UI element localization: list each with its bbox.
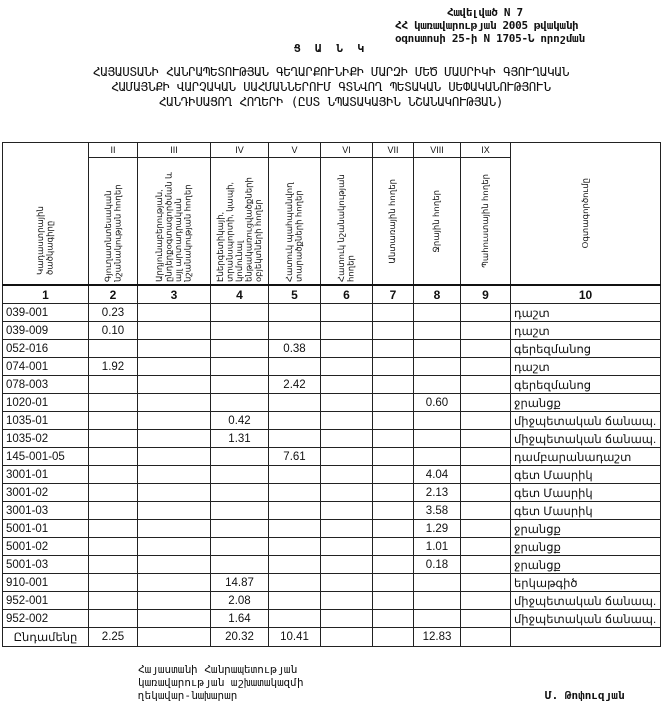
column-number: 6: [321, 285, 373, 304]
signatory-title: Հայաստանի Հանրապետության կառավարության ա…: [138, 663, 304, 702]
cell-industrial: [138, 520, 211, 538]
cell-water: 0.60: [414, 394, 461, 412]
cell-reserve: [461, 430, 511, 448]
cell-cadastral-code: 5001-01: [3, 520, 89, 538]
cell-reserve: [461, 592, 511, 610]
cell-industrial: [138, 556, 211, 574]
cell-special: [321, 538, 373, 556]
column-number: 4: [211, 285, 269, 304]
cell-special: [321, 376, 373, 394]
signatory-line-3: ղեկավար-նախարար: [138, 689, 304, 702]
cell-protected: [269, 592, 321, 610]
cell-industrial: [138, 574, 211, 592]
cell-special: [321, 610, 373, 628]
cell-protected: [269, 412, 321, 430]
cell-water: [414, 322, 461, 340]
cell-usage: միջպետական ճանապ.: [511, 610, 661, 628]
cell-usage: գետ Մասրիկ: [511, 502, 661, 520]
column-number: 10: [511, 285, 661, 304]
cell-industrial: [138, 304, 211, 322]
cell-water: [414, 610, 461, 628]
column-header-water: Ջրային հողեր: [414, 158, 461, 286]
cell-energy-transport: [211, 394, 269, 412]
cell-protected: [269, 304, 321, 322]
cell-usage: ջրանցք: [511, 556, 661, 574]
cell-energy-transport: 2.08: [211, 592, 269, 610]
cell-water: [414, 376, 461, 394]
cell-agricultural: [89, 520, 138, 538]
cell-industrial: [138, 592, 211, 610]
cell-energy-transport: [211, 322, 269, 340]
table-row: 1020-010.60ջրանցք: [3, 394, 661, 412]
cell-agricultural: [89, 466, 138, 484]
cell-forest: [373, 484, 414, 502]
cell-usage: երկաթգիծ: [511, 574, 661, 592]
cell-industrial: [138, 466, 211, 484]
table-row: 1035-021.31միջպետական ճանապ.: [3, 430, 661, 448]
cell-forest: [373, 412, 414, 430]
cell-cadastral-code: 074-001: [3, 358, 89, 376]
cell-cadastral-code: 5001-03: [3, 556, 89, 574]
cell-water: [414, 358, 461, 376]
column-number: 3: [138, 285, 211, 304]
cell-cadastral-code: 3001-02: [3, 484, 89, 502]
cell-reserve: [461, 520, 511, 538]
cell-cadastral-code: 952-001: [3, 592, 89, 610]
cell-agricultural: [89, 430, 138, 448]
cell-water: [414, 304, 461, 322]
cell-industrial: [138, 376, 211, 394]
total-special: [321, 628, 373, 647]
cell-agricultural: [89, 376, 138, 394]
cell-cadastral-code: 3001-01: [3, 466, 89, 484]
cell-reserve: [461, 538, 511, 556]
cell-industrial: [138, 412, 211, 430]
cell-energy-transport: 14.87: [211, 574, 269, 592]
cell-protected: [269, 484, 321, 502]
signatory-name: Մ. Թոփուզյան: [545, 689, 624, 702]
cell-usage: դաշտ: [511, 304, 661, 322]
cell-forest: [373, 394, 414, 412]
cell-usage: ջրանցք: [511, 394, 661, 412]
cell-industrial: [138, 448, 211, 466]
table-row: 5001-030.18ջրանցք: [3, 556, 661, 574]
cell-special: [321, 466, 373, 484]
table-row: 3001-022.13գետ Մասրիկ: [3, 484, 661, 502]
total-water: 12.83: [414, 628, 461, 647]
cell-cadastral-code: 1035-01: [3, 412, 89, 430]
cell-usage: գետ Մասրիկ: [511, 466, 661, 484]
cell-cadastral-code: 078-003: [3, 376, 89, 394]
table-row: 5001-011.29ջրանցք: [3, 520, 661, 538]
cell-forest: [373, 358, 414, 376]
total-reserve: [461, 628, 511, 647]
cell-protected: 2.42: [269, 376, 321, 394]
roman-header: IV: [211, 143, 269, 158]
column-number: 7: [373, 285, 414, 304]
cell-special: [321, 394, 373, 412]
cell-forest: [373, 448, 414, 466]
cell-energy-transport: [211, 502, 269, 520]
column-number: 5: [269, 285, 321, 304]
land-table: Կադաստրային ծածկագիրը II III IV V VI VII…: [2, 142, 661, 647]
cell-energy-transport: 1.31: [211, 430, 269, 448]
total-energy-transport: 20.32: [211, 628, 269, 647]
cell-forest: [373, 304, 414, 322]
cell-cadastral-code: 039-009: [3, 322, 89, 340]
cell-energy-transport: [211, 376, 269, 394]
cell-agricultural: [89, 610, 138, 628]
cell-protected: [269, 358, 321, 376]
cell-water: 3.58: [414, 502, 461, 520]
roman-header: VIII: [414, 143, 461, 158]
column-number: 2: [89, 285, 138, 304]
cell-water: 2.13: [414, 484, 461, 502]
cell-usage: դաշտ: [511, 322, 661, 340]
cell-energy-transport: [211, 466, 269, 484]
cell-forest: [373, 322, 414, 340]
cell-industrial: [138, 610, 211, 628]
cell-forest: [373, 520, 414, 538]
cell-cadastral-code: 1020-01: [3, 394, 89, 412]
cell-forest: [373, 466, 414, 484]
cell-agricultural: 1.92: [89, 358, 138, 376]
column-header-industrial: Արդյունաբերության, ընդերքօգտագործման և ա…: [138, 158, 211, 286]
cell-energy-transport: [211, 556, 269, 574]
cell-usage: միջպետական ճանապ.: [511, 430, 661, 448]
table-row: 039-0010.23դաշտ: [3, 304, 661, 322]
cell-water: [414, 430, 461, 448]
cell-water: 0.18: [414, 556, 461, 574]
column-number: 8: [414, 285, 461, 304]
cell-cadastral-code: 039-001: [3, 304, 89, 322]
cell-usage: գերեզմանոց: [511, 340, 661, 358]
cell-usage: դաշտ: [511, 358, 661, 376]
cell-agricultural: [89, 448, 138, 466]
cell-reserve: [461, 448, 511, 466]
cell-energy-transport: [211, 340, 269, 358]
cell-water: [414, 448, 461, 466]
cell-reserve: [461, 358, 511, 376]
cell-special: [321, 358, 373, 376]
column-header-special: Հատուկ նշանակության հողեր: [321, 158, 373, 286]
total-protected: 10.41: [269, 628, 321, 647]
document-title: ՀԱՅԱՍՏԱՆԻ ՀԱՆՐԱՊԵՏՈՒԹՅԱՆ ԳԵՂԱՐՔՈՒՆԻՔԻ ՄԱ…: [0, 64, 662, 109]
table-row: 5001-021.01ջրանցք: [3, 538, 661, 556]
cell-energy-transport: [211, 448, 269, 466]
column-number-row: 1 2 3 4 5 6 7 8 9 10: [3, 285, 661, 304]
column-header-protected: Հատուկ պահպանվող տարածքների հողեր: [269, 158, 321, 286]
cell-protected: [269, 430, 321, 448]
cell-special: [321, 448, 373, 466]
table-row: 052-0160.38գերեզմանոց: [3, 340, 661, 358]
cell-cadastral-code: 5001-02: [3, 538, 89, 556]
cell-water: [414, 574, 461, 592]
cell-agricultural: [89, 412, 138, 430]
cell-water: 4.04: [414, 466, 461, 484]
cell-special: [321, 484, 373, 502]
table-row: 3001-014.04գետ Մասրիկ: [3, 466, 661, 484]
cell-agricultural: 0.23: [89, 304, 138, 322]
cell-reserve: [461, 394, 511, 412]
roman-header: IX: [461, 143, 511, 158]
cell-energy-transport: [211, 484, 269, 502]
cell-industrial: [138, 484, 211, 502]
cell-protected: [269, 556, 321, 574]
cell-water: [414, 412, 461, 430]
cell-agricultural: [89, 340, 138, 358]
cell-cadastral-code: 952-002: [3, 610, 89, 628]
cell-reserve: [461, 556, 511, 574]
cell-forest: [373, 592, 414, 610]
list-label: Ց Ա Ն Կ: [0, 42, 662, 55]
column-number: 9: [461, 285, 511, 304]
column-header-reserve: Պահուստային հողեր: [461, 158, 511, 286]
annex-number: Հավելված N 7: [395, 6, 655, 19]
column-header-cadastral-code: Կադաստրային ծածկագիրը: [3, 143, 89, 286]
column-number: 1: [3, 285, 89, 304]
cell-cadastral-code: 1035-02: [3, 430, 89, 448]
cell-special: [321, 430, 373, 448]
table-row: 910-00114.87երկաթգիծ: [3, 574, 661, 592]
cell-protected: [269, 520, 321, 538]
table-row: 145-001-057.61դամբարանադաշտ: [3, 448, 661, 466]
cell-industrial: [138, 502, 211, 520]
cell-agricultural: 0.10: [89, 322, 138, 340]
cell-agricultural: [89, 502, 138, 520]
column-header-usage: Օգտագործումը: [511, 143, 661, 286]
cell-energy-transport: [211, 538, 269, 556]
cell-special: [321, 592, 373, 610]
cell-usage: ջրանցք: [511, 538, 661, 556]
cell-usage: միջպետական ճանապ.: [511, 592, 661, 610]
cell-reserve: [461, 412, 511, 430]
total-row: Ընդամենը 2.25 20.32 10.41 12.83: [3, 628, 661, 647]
cell-usage: գերեզմանոց: [511, 376, 661, 394]
table-body: 039-0010.23դաշտ039-0090.10դաշտ052-0160.3…: [3, 304, 661, 628]
total-label: Ընդամենը: [3, 628, 89, 647]
annex-decision-line: ՀՀ կառավարության 2005 թվականի: [395, 19, 655, 32]
annex-reference: Հավելված N 7 ՀՀ կառավարության 2005 թվակա…: [395, 6, 655, 45]
cell-forest: [373, 430, 414, 448]
cell-reserve: [461, 322, 511, 340]
cell-industrial: [138, 322, 211, 340]
cell-agricultural: [89, 556, 138, 574]
cell-water: 1.29: [414, 520, 461, 538]
cell-reserve: [461, 610, 511, 628]
cell-cadastral-code: 145-001-05: [3, 448, 89, 466]
cell-agricultural: [89, 574, 138, 592]
cell-special: [321, 556, 373, 574]
cell-industrial: [138, 340, 211, 358]
cell-agricultural: [89, 394, 138, 412]
table-row: 074-0011.92դաշտ: [3, 358, 661, 376]
cell-protected: [269, 574, 321, 592]
cell-forest: [373, 340, 414, 358]
cell-usage: գետ Մասրիկ: [511, 484, 661, 502]
total-usage: [511, 628, 661, 647]
cell-reserve: [461, 304, 511, 322]
signatory-line-1: Հայաստանի Հանրապետության: [138, 663, 304, 676]
column-header-energy-transport: Էներգետիկայի, տրանսպորտի, կապի, կոմունալ…: [211, 158, 269, 286]
cell-water: [414, 592, 461, 610]
cell-agricultural: [89, 592, 138, 610]
cell-cadastral-code: 910-001: [3, 574, 89, 592]
cell-energy-transport: 1.64: [211, 610, 269, 628]
roman-header: III: [138, 143, 211, 158]
cell-energy-transport: [211, 520, 269, 538]
table-row: 952-0012.08միջպետական ճանապ.: [3, 592, 661, 610]
cell-energy-transport: [211, 358, 269, 376]
cell-protected: 0.38: [269, 340, 321, 358]
cell-forest: [373, 538, 414, 556]
cell-special: [321, 412, 373, 430]
cell-industrial: [138, 430, 211, 448]
cell-reserve: [461, 574, 511, 592]
column-header-forest: Անտառային հողեր: [373, 158, 414, 286]
cell-protected: [269, 502, 321, 520]
total-industrial: [138, 628, 211, 647]
cell-special: [321, 322, 373, 340]
table-row: 952-0021.64միջպետական ճանապ.: [3, 610, 661, 628]
cell-reserve: [461, 484, 511, 502]
cell-water: 1.01: [414, 538, 461, 556]
table-row: 1035-010.42միջպետական ճանապ.: [3, 412, 661, 430]
cell-reserve: [461, 502, 511, 520]
cell-energy-transport: [211, 304, 269, 322]
cell-industrial: [138, 358, 211, 376]
roman-header: II: [89, 143, 138, 158]
cell-special: [321, 574, 373, 592]
cell-usage: միջպետական ճանապ.: [511, 412, 661, 430]
cell-cadastral-code: 052-016: [3, 340, 89, 358]
cell-special: [321, 304, 373, 322]
roman-header: V: [269, 143, 321, 158]
title-line-1: ՀԱՅԱՍՏԱՆԻ ՀԱՆՐԱՊԵՏՈՒԹՅԱՆ ԳԵՂԱՐՔՈՒՆԻՔԻ ՄԱ…: [0, 64, 662, 79]
total-forest: [373, 628, 414, 647]
table-row: 039-0090.10դաշտ: [3, 322, 661, 340]
cell-forest: [373, 502, 414, 520]
cell-reserve: [461, 466, 511, 484]
cell-forest: [373, 610, 414, 628]
title-line-2: ՀԱՄԱՅՆՔԻ ՎԱՐՉԱԿԱՆ ՍԱՀՄԱՆՆԵՐՈՒՄ ԳՏՆՎՈՂ ՊԵ…: [0, 79, 662, 94]
signatory-line-2: կառավարության աշխատակազմի: [138, 676, 304, 689]
cell-reserve: [461, 340, 511, 358]
column-header-agricultural: Գյուղատնտեսական նշանակության հողեր: [89, 158, 138, 286]
cell-cadastral-code: 3001-03: [3, 502, 89, 520]
cell-protected: [269, 322, 321, 340]
roman-header-row: Կադաստրային ծածկագիրը II III IV V VI VII…: [3, 143, 661, 158]
cell-usage: ջրանցք: [511, 520, 661, 538]
cell-forest: [373, 556, 414, 574]
roman-header: VI: [321, 143, 373, 158]
cell-forest: [373, 376, 414, 394]
cell-protected: [269, 538, 321, 556]
cell-agricultural: [89, 538, 138, 556]
cell-water: [414, 340, 461, 358]
cell-usage: դամբարանադաշտ: [511, 448, 661, 466]
roman-header: VII: [373, 143, 414, 158]
cell-protected: [269, 610, 321, 628]
cell-forest: [373, 574, 414, 592]
cell-reserve: [461, 376, 511, 394]
cell-industrial: [138, 538, 211, 556]
table-row: 078-0032.42գերեզմանոց: [3, 376, 661, 394]
cell-industrial: [138, 394, 211, 412]
cell-protected: [269, 466, 321, 484]
cell-special: [321, 520, 373, 538]
cell-protected: 7.61: [269, 448, 321, 466]
table-row: 3001-033.58գետ Մասրիկ: [3, 502, 661, 520]
cell-special: [321, 340, 373, 358]
cell-special: [321, 502, 373, 520]
title-line-3: ՀԱՆԴԻՍԱՑՈՂ ՀՈՂԵՐԻ (ԸՍՏ ՆՊԱՏԱԿԱՅԻՆ ՆՇԱՆԱԿ…: [0, 94, 662, 109]
cell-agricultural: [89, 484, 138, 502]
total-agricultural: 2.25: [89, 628, 138, 647]
cell-protected: [269, 394, 321, 412]
cell-energy-transport: 0.42: [211, 412, 269, 430]
